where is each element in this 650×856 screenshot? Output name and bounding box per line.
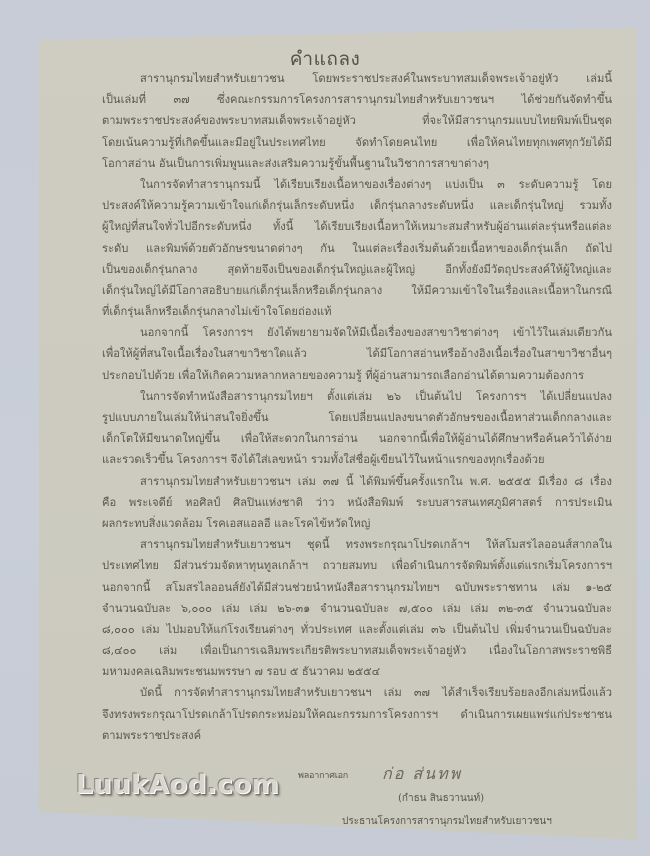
paragraph: สารานุกรมไทยสำหรับเยาวชนฯ ชุดนี้ ทรงพระก… [102,534,612,682]
paragraph-line: ผู้ใหญ่ที่สนใจทั่วไปอีกระดับหนึ่ง ทั้งนี… [102,216,612,237]
paragraph-line: รูปแบบภายในเล่มให้น่าสนใจยิ่งขึ้น โดยเปล… [102,407,612,428]
paragraph-line: สารานุกรมไทยสำหรับเยาวชนฯ ชุดนี้ ทรงพระก… [102,534,612,555]
paragraph-line: โอกาสอ่าน อันเป็นการเพิ่มพูนและส่งเสริมค… [102,153,612,174]
paragraph-line: สารานุกรมไทยสำหรับเยาวชนฯ เล่ม ๓๗ นี้ ได… [102,471,612,492]
paragraph-line: นอกจากนี้ โครงการฯ ยังได้พยายามจัดให้มีเ… [102,322,612,343]
paragraph-line: ประกอบไปด้วย เพื่อให้เกิดความหลากหลายของ… [102,365,612,386]
paragraph-line: ระดับ และพิมพ์ด้วยตัวอักษรขนาดต่างๆ กัน … [102,238,612,259]
paragraph-line: ๘,๐๐๐ เล่ม ไปมอบให้แก่โรงเรียนต่างๆ ทั่ว… [102,619,612,640]
document-body: สารานุกรมไทยสำหรับเยาวชน โดยพระราชประสงค… [102,68,612,746]
paragraph-line: บัดนี้ การจัดทำสารานุกรมไทยสำหรับเยาวชนฯ… [102,682,612,703]
paragraph: ในการจัดทำสารานุกรมนี้ ได้เรียบเรียงเนื้… [102,174,612,322]
paragraph-line: สารานุกรมไทยสำหรับเยาวชน โดยพระราชประสงค… [102,68,612,89]
paragraph-line: โดยเน้นความรู้ที่เกิดขึ้นและมีอยู่ในประเ… [102,132,612,153]
watermark-logo: LuukAod.com [76,770,279,800]
paragraph-line: เป็นของเด็กรุ่นกลาง สุดท้ายจึงเป็นของเด็… [102,259,612,280]
paragraph: สารานุกรมไทยสำหรับเยาวชน โดยพระราชประสงค… [102,68,612,174]
paragraph-line: ในการจัดทำสารานุกรมนี้ ได้เรียบเรียงเนื้… [102,174,612,195]
paragraph-line: ๘,๔๐๐ เล่ม เพื่อเป็นการเฉลิมพระเกียรติพร… [102,640,612,661]
signer-rank: พลอากาศเอก [298,768,348,782]
paragraph-line: เด็กรุ่นใหญ่ได้มีโอกาสอธิบายแก่เด็กรุ่นเ… [102,280,612,301]
paragraph: ในการจัดทำหนังสือสารานุกรมไทยฯ ตั้งแต่เล… [102,386,612,471]
paragraph-line: และรวดเร็วขึ้น โครงการฯ จึงได้ใส่เลขหน้า… [102,449,612,470]
paragraph-line: จำนวนฉบับละ ๖,๐๐๐ เล่ม เล่ม ๒๖-๓๑ จำนวนฉ… [102,598,612,619]
paragraph-line: นอกจากนี้ สโมสรไลออนส์ยังได้มีส่วนช่วยนำ… [102,577,612,598]
signer-title: ประธานโครงการสารานุกรมไทยสำหรับเยาวชนฯ [342,814,552,829]
paragraph-line: มหามงคลเฉลิมพระชนมพรรษา ๗ รอบ ๕ ธันวาคม … [102,661,612,682]
paragraph-line: ประสงค์ให้ความรู้ความเข้าใจแก่เด็กรุ่นเล… [102,195,612,216]
paragraph-line: ตามพระราชประสงค์ของพระบาทสมเด็จพระเจ้าอย… [102,110,612,131]
paragraph-line: ตามพระราชประสงค์ [102,725,612,746]
paragraph-line: ผลกระทบสิ่งแวดล้อม โรคเอสแอลอี และโรคไข้… [102,513,612,534]
paragraph-line: ในการจัดทำหนังสือสารานุกรมไทยฯ ตั้งแต่เล… [102,386,612,407]
paragraph: บัดนี้ การจัดทำสารานุกรมไทยสำหรับเยาวชนฯ… [102,682,612,746]
paragraph: นอกจากนี้ โครงการฯ ยังได้พยายามจัดให้มีเ… [102,322,612,386]
paragraph-line: ประเทศไทย มีส่วนร่วมจัดหาทุนทูลเกล้าฯ ถว… [102,555,612,576]
handwritten-signature: ก่อ ส่นทพ [382,762,462,787]
paragraph-line: จึงทรงพระกรุณาโปรดเกล้าโปรดกระหม่อมให้คณ… [102,704,612,725]
paragraph-line: เด็กโตให้มีขนาดใหญ่ขึ้น เพื่อให้สะดวกในก… [102,428,612,449]
paragraph: สารานุกรมไทยสำหรับเยาวชนฯ เล่ม ๓๗ นี้ ได… [102,471,612,535]
signer-name: (กำธน สินธวานนท์) [398,791,484,806]
paragraph-line: ที่เด็กรุ่นเล็กหรือเด็กรุ่นกลางไม่เข้าใจ… [102,301,612,322]
paragraph-line: เพื่อให้ผู้ที่สนใจเนื้อเรื่องในสาขาวิชาใ… [102,343,612,364]
paragraph-line: คือ พระเจดีย์ หอศิลป์ ศิลปินแห่งชาติ ว่า… [102,492,612,513]
paragraph-line: เป็นเล่มที่ ๓๗ ซึ่งคณะกรรมการโครงการสารา… [102,89,612,110]
